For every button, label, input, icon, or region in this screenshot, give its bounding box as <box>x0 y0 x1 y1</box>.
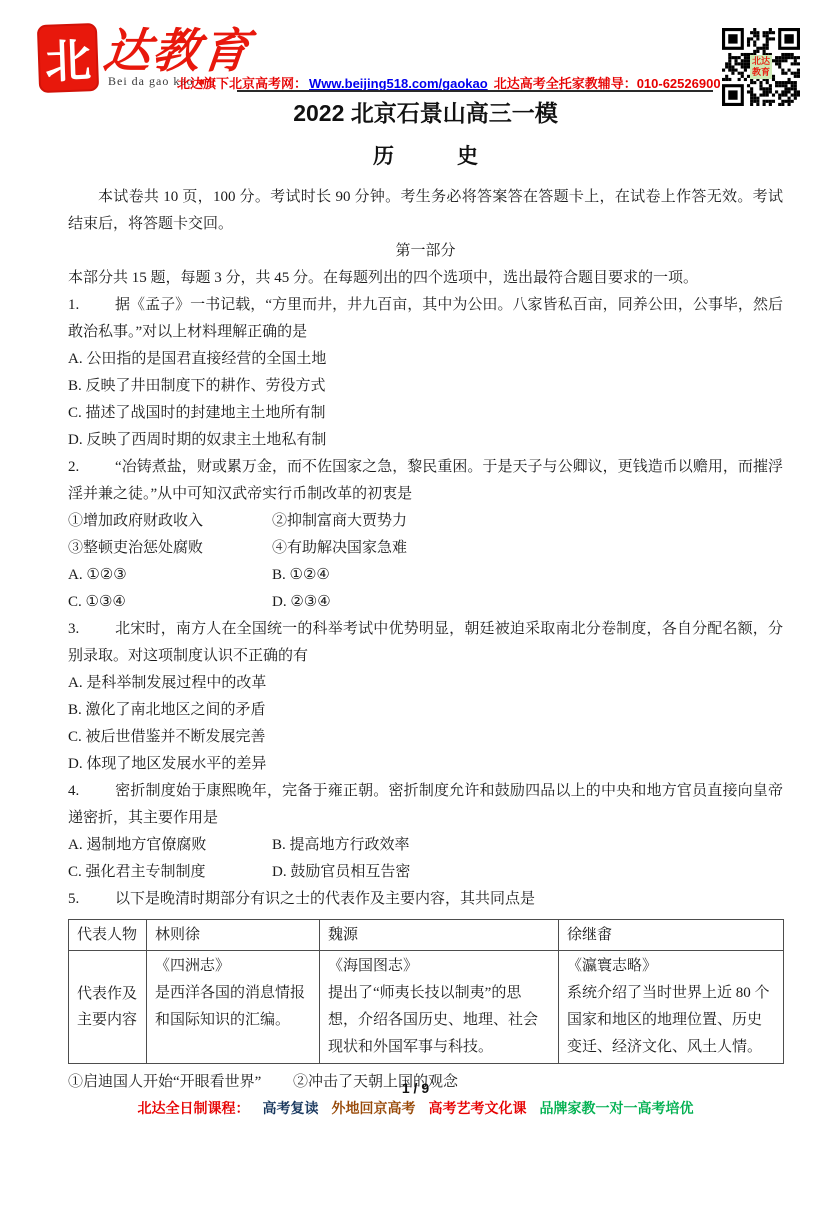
question-text: 以下是晚清时期部分有识之士的代表作及主要内容，其共同点是 <box>115 891 535 907</box>
option-a: A. 是科举制发展过程中的改革 <box>68 670 783 697</box>
footer-item-return-beijing: 外地回京高考 <box>332 1098 416 1118</box>
question-text: “冶铸煮盐，财或累万金，而不佐国家之急，黎民重困。于是天子与公卿议，更钱造币以赡… <box>68 459 783 502</box>
option-a: A. 遏制地方官僚腐败 <box>68 832 272 859</box>
table-header-cell: 林则徐 <box>147 920 320 951</box>
book-title: 《海国图志》 <box>328 953 550 980</box>
option-d: D. 反映了西周时期的奴隶主土地私有制 <box>68 427 783 454</box>
footer-item-one-on-one: 品牌家教一对一高考培优 <box>540 1098 694 1118</box>
option-a: A. ①②③ <box>68 562 272 589</box>
table-cell: 《四洲志》 是西洋各国的消息情报和国际知识的汇编。 <box>147 951 320 1064</box>
options-row: C. ①③④D. ②③④ <box>68 589 783 616</box>
question-3: 3.北宋时，南方人在全国统一的科举考试中优势明显，朝廷被迫采取南北分卷制度，各自… <box>68 616 783 778</box>
numbered-items-row: ①增加政府财政收入②抑制富商大贾势力 <box>68 508 783 535</box>
table-header-cell: 魏源 <box>320 920 559 951</box>
option-d: D. 体现了地区发展水平的差异 <box>68 751 783 778</box>
item-2: ②抑制富商大贾势力 <box>272 508 407 535</box>
question-number: 5. <box>68 886 115 913</box>
page-title: 2022 北京石景山高三一模 <box>68 98 783 128</box>
question-stem: 5.以下是晚清时期部分有识之士的代表作及主要内容，其共同点是 <box>68 886 783 913</box>
section-instruction: 本部分共 15 题，每题 3 分，共 45 分。在每题列出的四个选项中，选出最符… <box>68 265 783 292</box>
question-number: 1. <box>68 292 115 319</box>
footer-item-gaokao-repeat: 高考复读 <box>263 1098 319 1118</box>
question-5: 5.以下是晚清时期部分有识之士的代表作及主要内容，其共同点是 代表人物 林则徐 … <box>68 886 783 1096</box>
question-text: 北宋时，南方人在全国统一的科举考试中优势明显，朝廷被迫采取南北分卷制度，各自分配… <box>68 621 783 664</box>
table-content-row: 代表作及主要内容 《四洲志》 是西洋各国的消息情报和国际知识的汇编。 《海国图志… <box>69 951 784 1064</box>
options-row: A. 遏制地方官僚腐败B. 提高地方行政效率 <box>68 832 783 859</box>
question-text: 据《孟子》一书记载，“方里而井，井九百亩，其中为公田。八家皆私百亩，同养公田，公… <box>68 297 783 340</box>
table-cell: 《瀛寰志略》 系统介绍了当时世界上近 80 个国家和地区的地理位置、历史变迁、经… <box>559 951 784 1064</box>
book-title: 《瀛寰志略》 <box>567 953 775 980</box>
table-header-row: 代表人物 林则徐 魏源 徐继畬 <box>69 920 784 951</box>
question-number: 3. <box>68 616 115 643</box>
qr-center-label: 北达教育 <box>750 55 772 79</box>
section-heading: 第一部分 <box>68 238 783 265</box>
footer-label-courses: 北达全日制课程： <box>138 1098 250 1118</box>
table-header-cell: 徐继畬 <box>559 920 784 951</box>
book-description: 提出了“师夷长技以制夷”的思想，介绍各国历史、地理、社会现状和外国军事与科技。 <box>328 980 550 1061</box>
page-number: 1 / 9 <box>0 1080 831 1096</box>
question-number: 2. <box>68 454 115 481</box>
seal-character: 北 <box>44 24 92 92</box>
option-d: D. 鼓励官员相互告密 <box>272 859 410 886</box>
footer-item-art-culture: 高考艺考文化课 <box>429 1098 527 1118</box>
option-c: C. 被后世借鉴并不断发展完善 <box>68 724 783 751</box>
question-stem: 1.据《孟子》一书记载，“方里而井，井九百亩，其中为公田。八家皆私百亩，同养公田… <box>68 292 783 346</box>
options-row: C. 强化君主专制制度D. 鼓励官员相互告密 <box>68 859 783 886</box>
numbered-items-row: ③整顿吏治惩处腐败④有助解决国家急难 <box>68 535 783 562</box>
question-stem: 4.密折制度始于康熙晚年，完备于雍正朝。密折制度允许和鼓励四品以上的中央和地方官… <box>68 778 783 832</box>
exam-instructions: 本试卷共 10 页，100 分。考试时长 90 分钟。考生务必将答案答在答题卡上… <box>68 184 783 238</box>
header-site-label: 北达旗下北京高考网： <box>177 76 307 91</box>
question-text: 密折制度始于康熙晚年，完备于雍正朝。密折制度允许和鼓励四品以上的中央和地方官员直… <box>68 783 783 826</box>
item-3: ③整顿吏治惩处腐败 <box>68 535 272 562</box>
book-title: 《四洲志》 <box>155 953 311 980</box>
brand-calligraphy: 达教育 <box>100 14 254 81</box>
header-phone-label: 北达高考全托家教辅导：010-62526900 <box>494 76 721 91</box>
book-description: 是西洋各国的消息情报和国际知识的汇编。 <box>155 980 311 1034</box>
option-c: C. ①③④ <box>68 589 272 616</box>
options-row: A. ①②③B. ①②④ <box>68 562 783 589</box>
option-d: D. ②③④ <box>272 589 331 616</box>
beida-seal-logo: 北 <box>37 23 99 93</box>
option-c: C. 描述了战国时的封建地主土地所有制 <box>68 400 783 427</box>
question-1: 1.据《孟子》一书记载，“方里而井，井九百亩，其中为公田。八家皆私百亩，同养公田… <box>68 292 783 454</box>
option-b: B. 反映了井田制度下的耕作、劳役方式 <box>68 373 783 400</box>
table-cell: 《海国图志》 提出了“师夷长技以制夷”的思想，介绍各国历史、地理、社会现状和外国… <box>320 951 559 1064</box>
header-divider <box>237 90 713 92</box>
item-1: ①增加政府财政收入 <box>68 508 272 535</box>
footer-course-line: 北达全日制课程： 高考复读 外地回京高考 高考艺考文化课 品牌家教一对一高考培优 <box>0 1098 831 1118</box>
book-description: 系统介绍了当时世界上近 80 个国家和地区的地理位置、历史变迁、经济文化、风土人… <box>567 980 775 1061</box>
question-4: 4.密折制度始于康熙晚年，完备于雍正朝。密折制度允许和鼓励四品以上的中央和地方官… <box>68 778 783 886</box>
item-4: ④有助解决国家急难 <box>272 535 407 562</box>
option-b: B. ①②④ <box>272 562 330 589</box>
gaokao-site-link[interactable]: Www.beijing518.com/gaokao <box>309 76 488 91</box>
question-5-table: 代表人物 林则徐 魏源 徐继畬 代表作及主要内容 《四洲志》 是西洋各国的消息情… <box>68 919 784 1064</box>
question-stem: 3.北宋时，南方人在全国统一的科举考试中优势明显，朝廷被迫采取南北分卷制度，各自… <box>68 616 783 670</box>
question-2: 2.“冶铸煮盐，财或累万金，而不佐国家之急，黎民重困。于是天子与公卿议，更钱造币… <box>68 454 783 616</box>
exam-body: 2022 北京石景山高三一模 历 史 本试卷共 10 页，100 分。考试时长 … <box>0 98 831 1096</box>
page-bottom: 1 / 9 北达全日制课程： 高考复读 外地回京高考 高考艺考文化课 品牌家教一… <box>0 1080 831 1118</box>
table-row-label: 代表作及主要内容 <box>69 951 147 1064</box>
table-header-cell: 代表人物 <box>69 920 147 951</box>
option-a: A. 公田指的是国君直接经营的全国土地 <box>68 346 783 373</box>
question-number: 4. <box>68 778 115 805</box>
option-c: C. 强化君主专制制度 <box>68 859 272 886</box>
exam-page: 北 达教育 Bei da gao kao■ 北达旗下北京高考网：Www.beij… <box>0 0 831 1209</box>
page-header: 北 达教育 Bei da gao kao■ 北达旗下北京高考网：Www.beij… <box>0 0 831 96</box>
qr-code: 北达教育 <box>722 28 800 106</box>
question-stem: 2.“冶铸煮盐，财或累万金，而不佐国家之急，黎民重困。于是天子与公卿议，更钱造币… <box>68 454 783 508</box>
option-b: B. 提高地方行政效率 <box>272 832 410 859</box>
subject-title: 历 史 <box>68 141 783 171</box>
option-b: B. 激化了南北地区之间的矛盾 <box>68 697 783 724</box>
